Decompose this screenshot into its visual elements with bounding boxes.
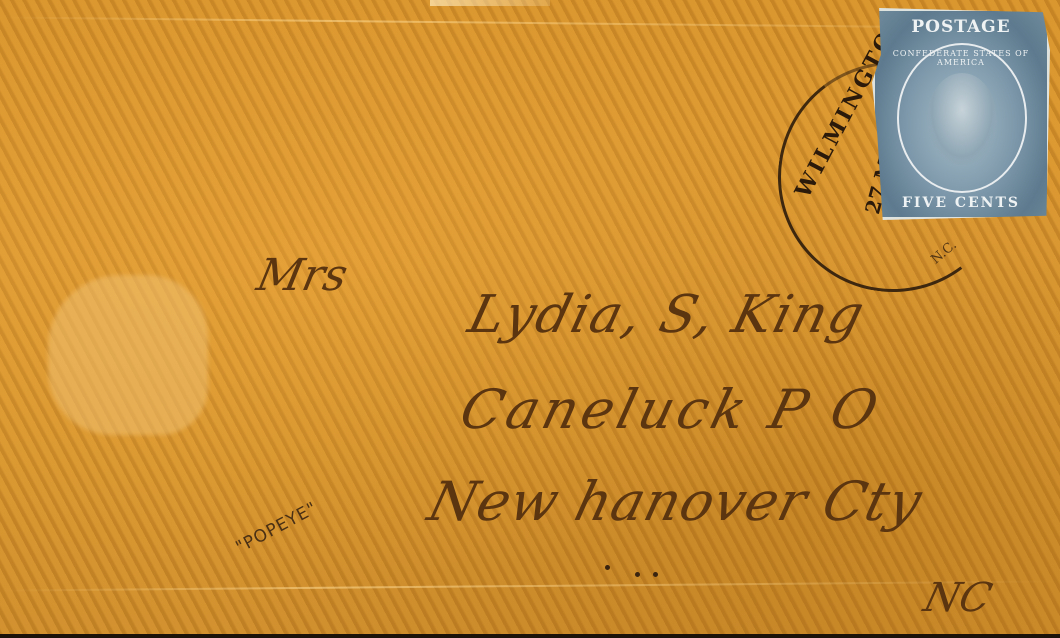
stamp-portrait [927,73,997,165]
stamp-bottom-text: FIVE CENTS [875,195,1047,211]
address-county: New hanover Cty [422,470,929,533]
bottom-fold-crease [0,580,1060,591]
address-name: Lydia, S, King [463,285,872,345]
ink-dot [635,572,640,577]
pencil-annotation: "POPEYE" [233,498,321,558]
paper-stain [48,275,208,435]
envelope: WILMINGTON 27 MAY POSTAGE CONFEDERATE ST… [0,0,1060,638]
stamp-top-text: POSTAGE [875,17,1047,37]
bottom-edge [0,634,1060,638]
address-salutation: Mrs [253,250,353,301]
postage-stamp: POSTAGE CONFEDERATE STATES OF AMERICA FI… [872,8,1050,220]
top-edge-tear [430,0,550,6]
ink-dot [653,572,658,577]
ink-dot [605,565,610,570]
address-post-office: Caneluck P O [454,378,888,441]
address-state: NC [919,575,996,621]
